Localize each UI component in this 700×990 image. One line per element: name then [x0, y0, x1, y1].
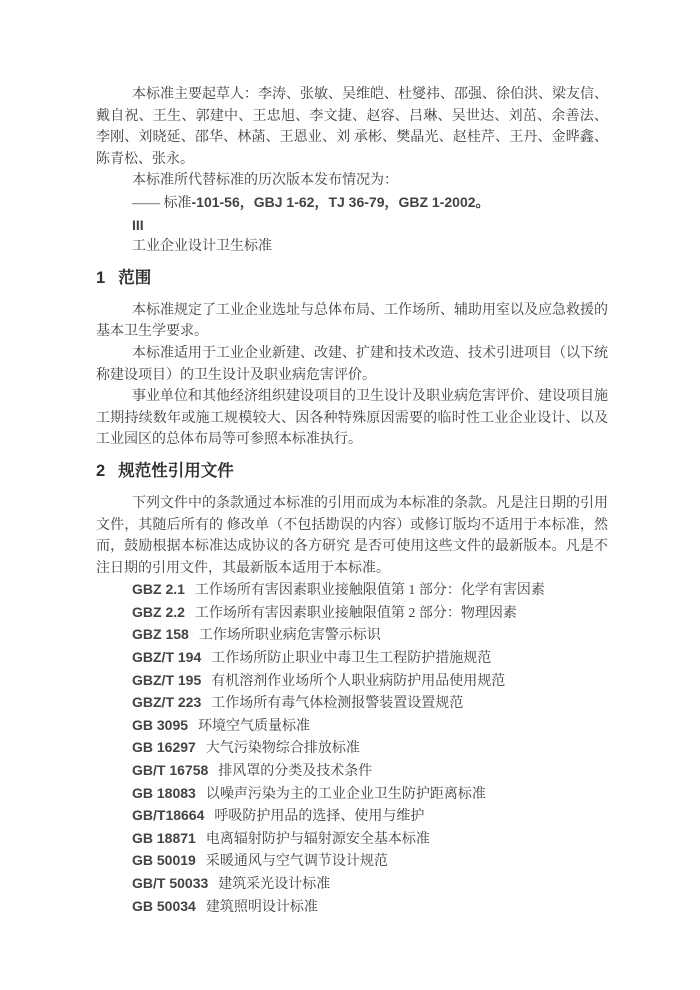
section-2-heading: 2规范性引用文件: [96, 457, 608, 485]
reference-title: 电离辐射防护与辐射源安全基本标准: [206, 832, 430, 847]
reference-item: GB 18871电离辐射防护与辐射源安全基本标准: [96, 828, 608, 851]
reference-item: GBZ/T 223工作场所有毒气体检测报警装置设置规范: [96, 692, 608, 715]
reference-list: GBZ 2.1工作场所有害因素职业接触限值第 1 部分：化学有害因素 GBZ 2…: [96, 579, 608, 918]
section-2-intro: 下列文件中的条款通过本标准的引用而成为本标准的条款。凡是注日期的引用文件，其随后…: [96, 493, 608, 579]
reference-code: GBZ 2.1: [132, 581, 185, 597]
history-codes: -101-56，GBJ 1-62，TJ 36-79，GBZ 1-2002。: [192, 194, 490, 210]
reference-item: GB 3095环境空气质量标准: [96, 715, 608, 738]
section-1-heading: 1范围: [96, 264, 608, 292]
reference-code: GB 18083: [132, 785, 196, 801]
reference-title: 采暖通风与空气调节设计规范: [206, 854, 388, 869]
reference-item: GB 50019采暖通风与空气调节设计规范: [96, 850, 608, 873]
reference-code: GB 3095: [132, 717, 188, 733]
document-content: 本标准主要起草人：李涛、张敏、吴维皑、杜燮祎、邵强、徐伯洪、梁友信、戴自祝、王生…: [96, 84, 608, 918]
history-intro: 本标准所代替标准的历次版本发布情况为：: [96, 170, 608, 192]
reference-title: 工作场所有毒气体检测报警装置设置规范: [211, 696, 463, 711]
reference-code: GB/T18664: [132, 807, 204, 823]
reference-title: 环境空气质量标准: [198, 719, 310, 734]
reference-code: GBZ/T 195: [132, 672, 201, 688]
section-2-number: 2: [96, 462, 105, 480]
reference-item: GBZ 2.2工作场所有害因素职业接触限值第 2 部分：物理因素: [96, 602, 608, 625]
reference-title: 工作场所职业病危害警示标识: [199, 628, 381, 643]
history-entry: —— 标准-101-56，GBJ 1-62，TJ 36-79，GBZ 1-200…: [96, 192, 608, 215]
reference-title: 有机溶剂作业场所个人职业病防护用品使用规范: [211, 674, 505, 689]
reference-code: GBZ/T 194: [132, 649, 201, 665]
reference-code: GB 18871: [132, 830, 196, 846]
reference-title: 工作场所防止职业中毒卫生工程防护措施规范: [211, 651, 491, 666]
section-1-number: 1: [96, 269, 105, 287]
section-1-paragraph: 本标准适用于工业企业新建、改建、扩建和技术改造、技术引进项目（以下统称建设项目）…: [96, 343, 608, 386]
reference-title: 建筑采光设计标准: [218, 877, 330, 892]
reference-title: 排风罩的分类及技术条件: [218, 764, 372, 779]
page-number-marker: III: [96, 215, 608, 237]
reference-code: GBZ 2.2: [132, 604, 185, 620]
section-2-title: 规范性引用文件: [118, 462, 234, 480]
reference-title: 工作场所有害因素职业接触限值第 2 部分：物理因素: [195, 606, 517, 621]
reference-item: GBZ 158工作场所职业病危害警示标识: [96, 624, 608, 647]
reference-code: GB 16297: [132, 739, 196, 755]
history-lead: —— 标准: [132, 196, 192, 211]
reference-title: 建筑照明设计标准: [206, 900, 318, 915]
drafters-paragraph: 本标准主要起草人：李涛、张敏、吴维皑、杜燮祎、邵强、徐伯洪、梁友信、戴自祝、王生…: [96, 84, 608, 170]
reference-title: 呼吸防护用品的选择、使用与维护: [214, 809, 424, 824]
reference-item: GB/T 16758排风罩的分类及技术条件: [96, 760, 608, 783]
reference-item: GBZ 2.1工作场所有害因素职业接触限值第 1 部分：化学有害因素: [96, 579, 608, 602]
reference-code: GB/T 16758: [132, 762, 208, 778]
section-1-paragraph: 本标准规定了工业企业选址与总体布局、工作场所、辅助用室以及应急救援的基本卫生学要…: [96, 300, 608, 343]
reference-code: GBZ 158: [132, 626, 189, 642]
section-1-title: 范围: [118, 269, 151, 287]
reference-code: GB 50034: [132, 898, 196, 914]
reference-item: GB 16297大气污染物综合排放标准: [96, 737, 608, 760]
reference-item: GB/T18664呼吸防护用品的选择、使用与维护: [96, 805, 608, 828]
document-page: 本标准主要起草人：李涛、张敏、吴维皑、杜燮祎、邵强、徐伯洪、梁友信、戴自祝、王生…: [0, 0, 700, 990]
reference-item: GB/T 50033建筑采光设计标准: [96, 873, 608, 896]
reference-code: GBZ/T 223: [132, 694, 201, 710]
reference-item: GB 50034建筑照明设计标准: [96, 896, 608, 919]
reference-item: GB 18083以噪声污染为主的工业企业卫生防护距离标准: [96, 783, 608, 806]
document-title: 工业企业设计卫生标准: [96, 236, 608, 258]
reference-code: GB/T 50033: [132, 875, 208, 891]
reference-title: 工作场所有害因素职业接触限值第 1 部分：化学有害因素: [195, 583, 545, 598]
section-1-paragraph: 事业单位和其他经济组织建设项目的卫生设计及职业病危害评价、建设项目施工期持续数年…: [96, 386, 608, 451]
reference-title: 大气污染物综合排放标准: [206, 741, 360, 756]
reference-item: GBZ/T 194工作场所防止职业中毒卫生工程防护措施规范: [96, 647, 608, 670]
reference-item: GBZ/T 195有机溶剂作业场所个人职业病防护用品使用规范: [96, 670, 608, 693]
reference-title: 以噪声污染为主的工业企业卫生防护距离标准: [206, 787, 486, 802]
reference-code: GB 50019: [132, 852, 196, 868]
